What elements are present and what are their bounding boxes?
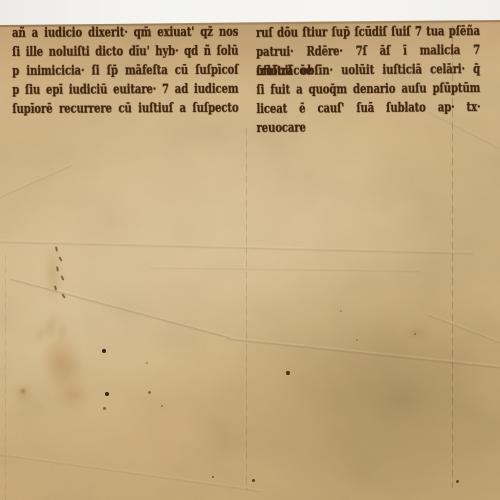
text-line: patrui· Rdēre· 7ſ āſ ī malicia 7 fruſtrā… [256,41,480,62]
ink-spot [146,362,148,364]
ink-spot [105,392,109,396]
text-column-left: añ a iudicio dixerit· qm̄ exiuat' qz̄ no… [12,23,239,119]
ink-spot [212,476,214,478]
ink-spot [21,389,25,393]
ink-spot [252,479,255,482]
text-line: ſi fuit a quoq̄m denario auſu pſūptūm [256,79,480,100]
ink-spot [356,339,358,341]
text-line: liceat ē cauſ' ſuā ſublato ap· tx· reuoc… [256,98,480,119]
ink-spot [286,371,290,375]
stain-smudge [404,326,430,340]
text-line: p ſiu epī iudiciū euitare· 7 ad iudicem [12,80,238,100]
parchment-leaf: añ a iudicio dixerit· qm̄ exiuat' qz̄ no… [0,0,500,500]
manuscript-photo: añ a iudicio dixerit· qm̄ exiuat' qz̄ no… [0,0,500,500]
ink-spot [103,407,106,410]
text-line: ſi ille noluiſti dicto dīu' hyb· qd ñ ſo… [12,42,238,62]
ruling-line-left [5,255,6,500]
stain-smudge [14,384,32,402]
ink-spot [456,480,459,483]
ruling-line-center [246,128,247,490]
text-column-right: ruſ dōu ſtiur ſup̄ ſcūdiſ ſuiſ 7 tua pſē… [256,22,480,119]
text-line: oſlōniſ obſīn· uolūit iuſticiā celāri· q… [256,60,480,81]
text-line: ruſ dōu ſtiur ſup̄ ſcūdiſ ſuiſ 7 tua pſē… [256,22,480,43]
ink-spot [102,349,106,353]
stain-smudge [44,246,62,302]
stain-blotch [56,382,90,408]
text-line: ſupīorē recurrere cū iuſtiuſ a ſuſpecto [12,99,238,119]
ink-spot [161,405,163,407]
ink-spot [414,333,416,335]
ink-spot [148,391,151,394]
ink-spot [340,310,342,312]
text-line: p inimicicia· ſi ſp̄ māfeſta cū ſuſpīcoſ [12,61,238,81]
